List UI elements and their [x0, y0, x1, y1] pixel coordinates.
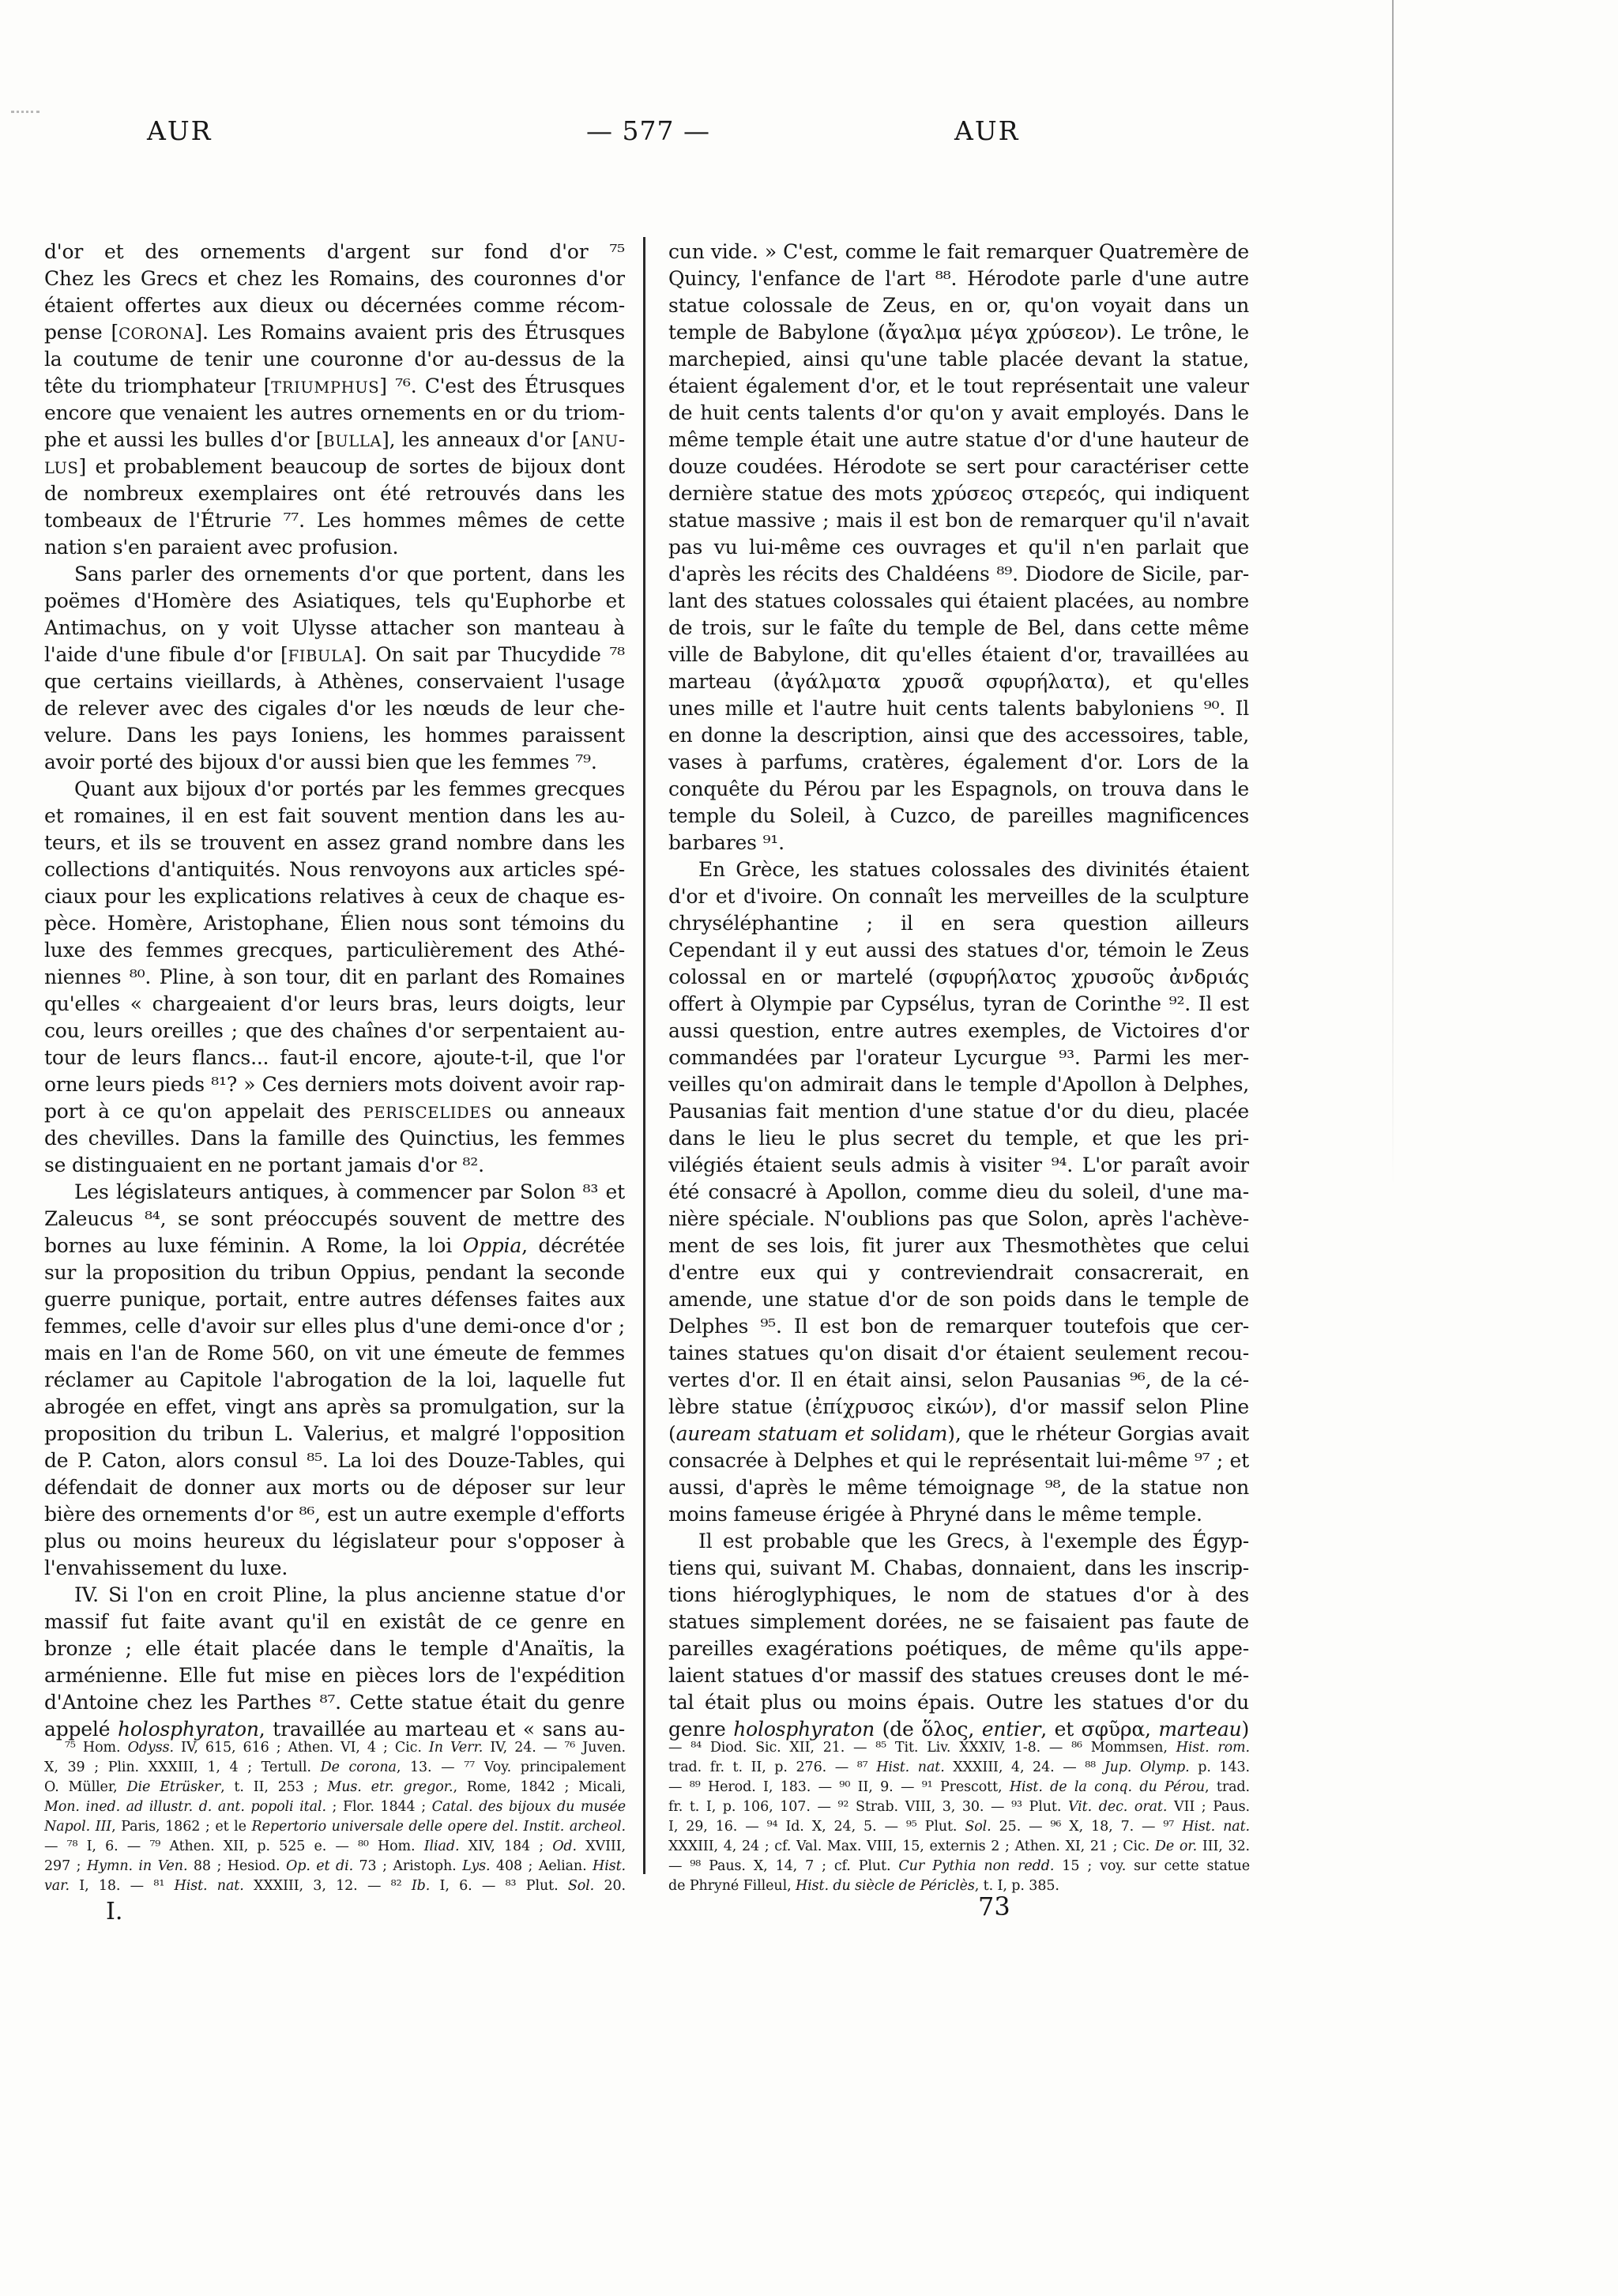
text-line: statues simplement dorées, ne se faisaie… — [668, 1609, 1249, 1635]
text-line: tour de leurs flancs... faut-il encore, … — [44, 1044, 625, 1071]
footnote-line: XXXIII, 4, 24 ; cf. Val. Max. VIII, 15, … — [668, 1837, 1250, 1857]
scan-speckle — [11, 111, 40, 113]
footnote-line: O. Müller, Die Etrüsker, t. II, 253 ; Mu… — [44, 1778, 626, 1797]
text-line: amende, une statue d'or de son poids dan… — [668, 1286, 1249, 1313]
text-line: même temple était une autre statue d'or … — [668, 427, 1249, 454]
text-line: arménienne. Elle fut mise en pièces lors… — [44, 1662, 625, 1689]
text-line: de P. Caton, alors consul ⁸⁵. La loi des… — [44, 1447, 625, 1474]
text-line: de nombreux exemplaires ont été retrouvé… — [44, 480, 625, 507]
text-line: l'envahissement du luxe. — [44, 1555, 625, 1582]
text-line: d'or et d'ivoire. On connaît les merveil… — [668, 883, 1249, 910]
text-line: velure. Dans les pays Ioniens, les homme… — [44, 722, 625, 749]
text-line: taines statues qu'on disait d'or étaient… — [668, 1340, 1249, 1367]
left-footnotes: ⁷⁵ Hom. Odyss. IV, 615, 616 ; Athen. VI,… — [44, 1738, 626, 1896]
text-line: et romaines, il en est fait souvent ment… — [44, 803, 625, 830]
text-line: temple de Babylone (ἄγαλμα μέγα χρύσεον)… — [668, 319, 1249, 346]
text-line: que certains vieillards, à Athènes, cons… — [44, 668, 625, 695]
text-line: nation s'en paraient avec profusion. — [44, 534, 625, 561]
text-line: d'entre eux qui y contreviendrait consac… — [668, 1259, 1249, 1286]
text-line: vertes d'or. Il en était ainsi, selon Pa… — [668, 1367, 1249, 1394]
text-line: Quant aux bijoux d'or portés par les fem… — [44, 776, 625, 803]
left-column: d'or et des ornements d'argent sur fond … — [44, 239, 625, 1743]
footnote-line: Napol. III, Paris, 1862 ; et le Repertor… — [44, 1817, 626, 1837]
text-line: pas vu lui-même ces ouvrages et qu'il n'… — [668, 534, 1249, 561]
text-line: tiens qui, suivant M. Chabas, donnaient,… — [668, 1555, 1249, 1582]
text-line: (auream statuam et solidam), que le rhét… — [668, 1421, 1249, 1447]
text-line: poëmes d'Homère des Asiatiques, tels qu'… — [44, 588, 625, 615]
footnote-line: Mon. ined. ad illustr. d. ant. popoli it… — [44, 1797, 626, 1817]
text-line: ciaux pour les explications relatives à … — [44, 883, 625, 910]
text-line: port à ce qu'on appelait des PERISCELIDE… — [44, 1098, 625, 1125]
paragraph: d'or et des ornements d'argent sur fond … — [44, 239, 625, 561]
text-line: LUS] et probablement beaucoup de sortes … — [44, 454, 625, 480]
text-line: marteau (ἀγάλματα χρυσᾶ σφυρήλατα), et q… — [668, 668, 1249, 695]
text-line: dernière statue des mots χρύσεος στερεός… — [668, 480, 1249, 507]
text-line: Il est probable que les Grecs, à l'exemp… — [668, 1528, 1249, 1555]
text-line: femmes, celle d'avoir sur elles plus d'u… — [44, 1313, 625, 1340]
text-line: temple du Soleil, à Cuzco, de pareilles … — [668, 803, 1249, 830]
header-left-title: AUR — [147, 115, 213, 147]
text-line: aussi question, entre autres exemples, d… — [668, 1018, 1249, 1044]
text-line: tions hiéroglyphiques, le nom de statues… — [668, 1582, 1249, 1609]
text-line: conquête du Pérou par les Espagnols, on … — [668, 776, 1249, 803]
text-line: statue massive ; mais il est bon de rema… — [668, 507, 1249, 534]
text-line: tête du triomphateur [TRIUMPHUS] ⁷⁶. C'e… — [44, 373, 625, 400]
footnote-line: I, 29, 16. — ⁹⁴ Id. X, 24, 5. — ⁹⁵ Plut.… — [668, 1817, 1250, 1837]
text-line: En Grèce, les statues colossales des div… — [668, 856, 1249, 883]
text-line: réclamer au Capitole l'abrogation de la … — [44, 1367, 625, 1394]
text-line: massif fut faite avant qu'il en existât … — [44, 1609, 625, 1635]
text-line: de trois, sur le faîte du temple de Bel,… — [668, 615, 1249, 642]
text-line: proposition du tribun L. Valerius, et ma… — [44, 1421, 625, 1447]
header-right-title: AUR — [954, 115, 1020, 147]
text-line: IV. Si l'on en croit Pline, la plus anci… — [44, 1582, 625, 1609]
text-line: défendait de donner aux morts ou de dépo… — [44, 1474, 625, 1501]
text-line: luxe des femmes grecques, particulièreme… — [44, 937, 625, 964]
text-line: tombeaux de l'Étrurie ⁷⁷. Les hommes mêm… — [44, 507, 625, 534]
text-line: orne leurs pieds ⁸¹? » Ces derniers mots… — [44, 1071, 625, 1098]
footnote-line: de Phryné Filleul, Hist. du siècle de Pé… — [668, 1876, 1250, 1896]
text-line: se distinguaient en ne portant jamais d'… — [44, 1152, 625, 1179]
scan-artifact-line — [1392, 0, 1394, 1185]
paragraph: cun vide. » C'est, comme le fait remarqu… — [668, 239, 1249, 856]
text-line: niennes ⁸⁰. Pline, à son tour, dit en pa… — [44, 964, 625, 991]
text-line: Cependant il y eut aussi des statues d'o… — [668, 937, 1249, 964]
text-line: d'or et des ornements d'argent sur fond … — [44, 239, 625, 265]
text-line: l'aide d'une fibule d'or [FIBULA]. On sa… — [44, 642, 625, 668]
text-line: guerre punique, portait, entre autres dé… — [44, 1286, 625, 1313]
text-line: laient statues d'or massif des statues c… — [668, 1662, 1249, 1689]
text-line: Quincy, l'enfance de l'art ⁸⁸. Hérodote … — [668, 265, 1249, 292]
text-line: sur la proposition du tribun Oppius, pen… — [44, 1259, 625, 1286]
paragraph: Les législateurs antiques, à commencer p… — [44, 1179, 625, 1582]
text-line: de relever avec des cigales d'or les nœu… — [44, 695, 625, 722]
footnote-line: trad. fr. t. II, p. 276. — ⁸⁷ Hist. nat.… — [668, 1758, 1250, 1778]
text-line: mais en l'an de Rome 560, on vit une éme… — [44, 1340, 625, 1367]
text-line: étaient également d'or, et le tout repré… — [668, 373, 1249, 400]
text-line: plus ou moins heureux du législateur pou… — [44, 1528, 625, 1555]
text-line: phe et aussi les bulles d'or [BULLA], le… — [44, 427, 625, 454]
text-line: de huit cents talents d'or qu'on y avait… — [668, 400, 1249, 427]
text-line: douze coudées. Hérodote se sert pour car… — [668, 454, 1249, 480]
text-line: ment de ses lois, fit jurer aux Thesmoth… — [668, 1233, 1249, 1259]
text-line: encore que venaient les autres ornements… — [44, 400, 625, 427]
text-line: pareilles exagérations poétiques, de mêm… — [668, 1635, 1249, 1662]
text-line: étaient offertes aux dieux ou décernées … — [44, 292, 625, 319]
text-line: qu'elles « chargeaient d'or leurs bras, … — [44, 991, 625, 1018]
paragraph: Il est probable que les Grecs, à l'exemp… — [668, 1528, 1249, 1743]
text-line: colossal en or martelé (σφυρήλατος χρυσο… — [668, 964, 1249, 991]
text-line: Les législateurs antiques, à commencer p… — [44, 1179, 625, 1206]
text-line: moins fameuse érigée à Phryné dans le mê… — [668, 1501, 1249, 1528]
text-line: en donne la description, ainsi que des a… — [668, 722, 1249, 749]
footnote-line: — ⁹⁸ Paus. X, 14, 7 ; cf. Plut. Cur Pyth… — [668, 1857, 1250, 1876]
footnote-line: X, 39 ; Plin. XXXIII, 1, 4 ; Tertull. De… — [44, 1758, 626, 1778]
right-column: cun vide. » C'est, comme le fait remarqu… — [668, 239, 1249, 1743]
scanned-dictionary-page: AUR — 577 — AUR d'or et des ornements d'… — [0, 0, 1618, 2296]
text-line: d'Antoine chez les Parthes ⁸⁷. Cette sta… — [44, 1689, 625, 1716]
text-line: la coutume de tenir une couronne d'or au… — [44, 346, 625, 373]
right-footnotes: — ⁸⁴ Diod. Sic. XII, 21. — ⁸⁵ Tit. Liv. … — [668, 1738, 1250, 1896]
text-line: consacrée à Delphes et qui le représenta… — [668, 1447, 1249, 1474]
page-number: — 577 — — [586, 115, 710, 147]
text-line: chryséléphantine ; il en sera question a… — [668, 910, 1249, 937]
column-divider-rule — [643, 237, 645, 1874]
footnote-line: — ⁸⁴ Diod. Sic. XII, 21. — ⁸⁵ Tit. Liv. … — [668, 1738, 1250, 1758]
text-line: abrogée en effet, vingt ans après sa pro… — [44, 1394, 625, 1421]
text-line: Pausanias fait mention d'une statue d'or… — [668, 1098, 1249, 1125]
volume-signature: I. — [106, 1898, 122, 1925]
text-line: Delphes ⁹⁵. Il est bon de remarquer tout… — [668, 1313, 1249, 1340]
running-header: AUR — 577 — AUR — [0, 115, 1618, 150]
text-line: bronze ; elle était placée dans le templ… — [44, 1635, 625, 1662]
text-line: aussi, d'après le même témoignage ⁹⁸, de… — [668, 1474, 1249, 1501]
text-line: bière des ornements d'or ⁸⁶, est un autr… — [44, 1501, 625, 1528]
text-line: unes mille et l'autre huit cents talents… — [668, 695, 1249, 722]
text-line: ville de Babylone, dit qu'elles étaient … — [668, 642, 1249, 668]
text-line: cou, leurs oreilles ; que des chaînes d'… — [44, 1018, 625, 1044]
text-line: cun vide. » C'est, comme le fait remarqu… — [668, 239, 1249, 265]
text-line: tal était plus ou moins épais. Outre les… — [668, 1689, 1249, 1716]
text-line: veilles qu'on admirait dans le temple d'… — [668, 1071, 1249, 1098]
text-line: avoir porté des bijoux d'or aussi bien q… — [44, 749, 625, 776]
footnote-line: — ⁷⁸ I, 6. — ⁷⁹ Athen. XII, p. 525 e. — … — [44, 1837, 626, 1857]
text-line: nière spéciale. N'oublions pas que Solon… — [668, 1206, 1249, 1233]
footnote-line: 297 ; Hymn. in Ven. 88 ; Hesiod. Op. et … — [44, 1857, 626, 1876]
text-line: teurs, et ils se trouvent en assez grand… — [44, 830, 625, 856]
text-line: statue colossale de Zeus, en or, qu'on v… — [668, 292, 1249, 319]
paragraph: En Grèce, les statues colossales des div… — [668, 856, 1249, 1528]
footnote-line: — ⁸⁹ Herod. I, 183. — ⁹⁰ II, 9. — ⁹¹ Pre… — [668, 1778, 1250, 1797]
paragraph: Quant aux bijoux d'or portés par les fem… — [44, 776, 625, 1179]
text-line: offert à Olympie par Cypsélus, tyran de … — [668, 991, 1249, 1018]
text-line: Chez les Grecs et chez les Romains, des … — [44, 265, 625, 292]
paragraph: Sans parler des ornements d'or que porte… — [44, 561, 625, 776]
text-line: lant des statues colossales qui étaient … — [668, 588, 1249, 615]
footnote-line: ⁷⁵ Hom. Odyss. IV, 615, 616 ; Athen. VI,… — [44, 1738, 626, 1758]
text-line: été consacré à Apollon, comme dieu du so… — [668, 1179, 1249, 1206]
text-line: des chevilles. Dans la famille des Quinc… — [44, 1125, 625, 1152]
text-line: Sans parler des ornements d'or que porte… — [44, 561, 625, 588]
footnote-line: fr. t. I, p. 106, 107. — ⁹² Strab. VIII,… — [668, 1797, 1250, 1817]
text-line: bornes au luxe féminin. A Rome, la loi O… — [44, 1233, 625, 1259]
paragraph: IV. Si l'on en croit Pline, la plus anci… — [44, 1582, 625, 1743]
text-line: Antimachus, on y voit Ulysse attacher so… — [44, 615, 625, 642]
text-line: pense [CORONA]. Les Romains avaient pris… — [44, 319, 625, 346]
text-line: vilégiés étaient seuls admis à visiter ⁹… — [668, 1152, 1249, 1179]
footnote-line: var. I, 18. — ⁸¹ Hist. nat. XXXIII, 3, 1… — [44, 1876, 626, 1896]
text-line: d'après les récits des Chaldéens ⁸⁹. Dio… — [668, 561, 1249, 588]
text-line: Zaleucus ⁸⁴, se sont préoccupés souvent … — [44, 1206, 625, 1233]
text-line: pèce. Homère, Aristophane, Élien nous so… — [44, 910, 625, 937]
sheet-signature: 73 — [978, 1891, 1010, 1921]
text-line: vases à parfums, cratères, également d'o… — [668, 749, 1249, 776]
text-line: lèbre statue (ἐπίχρυσος εἰκών), d'or mas… — [668, 1394, 1249, 1421]
text-line: dans le lieu le plus secret du temple, e… — [668, 1125, 1249, 1152]
text-line: barbares ⁹¹. — [668, 830, 1249, 856]
text-line: collections d'antiquités. Nous renvoyons… — [44, 856, 625, 883]
text-line: commandées par l'orateur Lycurgue ⁹³. Pa… — [668, 1044, 1249, 1071]
text-line: marchepied, ainsi qu'une table placée de… — [668, 346, 1249, 373]
